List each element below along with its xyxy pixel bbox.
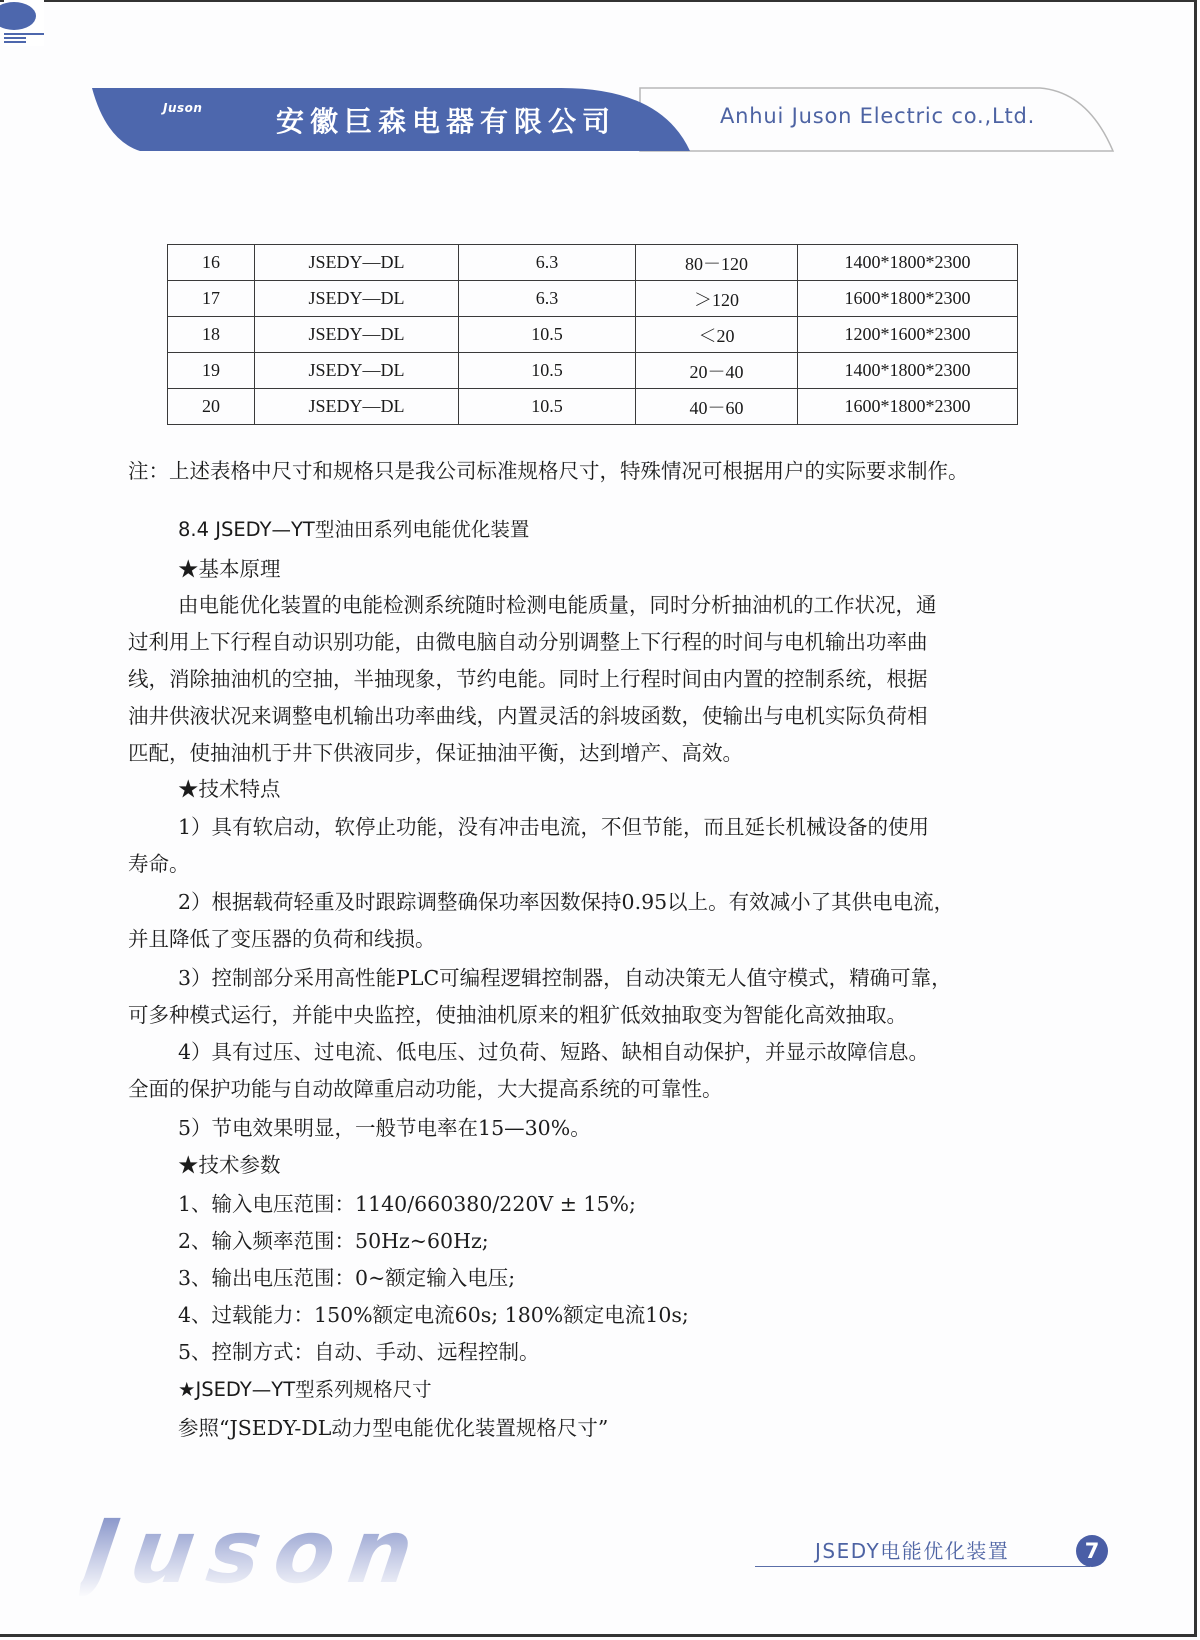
cell-voltage: 10.5	[459, 353, 636, 389]
cell-capacity: 20－40	[636, 353, 798, 389]
table-row: 16 JSEDY—DL 6.3 80－120 1400*1800*2300	[168, 245, 1018, 281]
feature-line: 4）具有过压、过电流、低电压、过负荷、短路、缺相自动保护，并显示故障信息。	[178, 1035, 929, 1065]
principle-line: 过利用上下行程自动识别功能，由微电脑自动分别调整上下行程的时间与电机输出功率曲	[128, 625, 928, 655]
cell-model: JSEDY—DL	[255, 353, 459, 389]
cell-dimensions: 1600*1800*2300	[798, 389, 1018, 425]
table-row: 17 JSEDY—DL 6.3 ＞120 1600*1800*2300	[168, 281, 1018, 317]
param-line: 5、控制方式：自动、手动、远程控制。	[178, 1335, 540, 1365]
feature-line: 3）控制部分采用高性能PLC可编程逻辑控制器，自动决策无人值守模式，精确可靠，	[178, 961, 952, 991]
page-number-badge: 7	[1076, 1535, 1108, 1567]
cell-voltage: 6.3	[459, 245, 636, 281]
company-name-cn: 安徽巨森电器有限公司	[276, 100, 616, 140]
feature-line: 2）根据载荷轻重及时跟踪调整确保功率因数保持0.95以上。有效减小了其供电电流，	[178, 885, 954, 915]
cell-index: 17	[168, 281, 255, 317]
feature-line: 寿命。	[128, 847, 190, 877]
logo-text: Juson	[163, 101, 202, 115]
cell-index: 16	[168, 245, 255, 281]
cell-voltage: 6.3	[459, 281, 636, 317]
cell-model: JSEDY—DL	[255, 281, 459, 317]
cell-capacity: 40－60	[636, 389, 798, 425]
feature-line: 1）具有软启动，软停止功能，没有冲击电流，不但节能，而且延长机械设备的使用	[178, 810, 929, 840]
cell-dimensions: 1600*1800*2300	[798, 281, 1018, 317]
cell-model: JSEDY—DL	[255, 317, 459, 353]
param-line: 1、输入电压范围：1140/660380/220V ± 15%;	[178, 1187, 636, 1217]
footer-divider	[755, 1566, 1090, 1567]
features-heading: ★技术特点	[178, 772, 281, 802]
company-name-en: Anhui Juson Electric co.,Ltd.	[720, 104, 1035, 128]
juson-watermark: Juson	[79, 1508, 432, 1596]
spec-table: 16 JSEDY—DL 6.3 80－120 1400*1800*2300 17…	[167, 244, 1018, 425]
table-row: 19 JSEDY—DL 10.5 20－40 1400*1800*2300	[168, 353, 1018, 389]
principle-heading: ★基本原理	[178, 552, 281, 582]
header-shape	[0, 0, 1200, 170]
size-reference: 参照“JSEDY-DL动力型电能优化装置规格尺寸”	[178, 1411, 608, 1441]
feature-line: 并且降低了变压器的负荷和线损。	[128, 922, 436, 952]
cell-model: JSEDY—DL	[255, 245, 459, 281]
principle-line: 匹配，使抽油机于井下供液同步，保证抽油平衡，达到增产、高效。	[128, 736, 743, 766]
feature-line: 5）节电效果明显，一般节电率在15—30%。	[178, 1111, 591, 1141]
param-line: 4、过载能力：150%额定电流60s; 180%额定电流10s;	[178, 1298, 689, 1328]
principle-line: 由电能优化装置的电能检测系统随时检测电能质量，同时分析抽油机的工作状况，通	[178, 588, 937, 618]
principle-line: 线，消除抽油机的空抽，半抽现象，节约电能。同时上行程时间由内置的控制系统，根据	[128, 662, 928, 692]
cell-index: 20	[168, 389, 255, 425]
cell-capacity: ＞120	[636, 281, 798, 317]
cell-index: 19	[168, 353, 255, 389]
table-row: 18 JSEDY—DL 10.5 ＜20 1200*1600*2300	[168, 317, 1018, 353]
section-title: 8.4 JSEDY—YT型油田系列电能优化装置	[178, 514, 529, 542]
cell-index: 18	[168, 317, 255, 353]
cell-voltage: 10.5	[459, 389, 636, 425]
footer-product-label: JSEDY电能优化装置	[815, 1535, 1009, 1564]
feature-line: 可多种模式运行，并能中央监控，使抽油机原来的粗犷低效抽取变为智能化高效抽取。	[128, 998, 907, 1028]
table-row: 20 JSEDY—DL 10.5 40－60 1600*1800*2300	[168, 389, 1018, 425]
cell-capacity: 80－120	[636, 245, 798, 281]
param-line: 2、输入频率范围：50Hz~60Hz;	[178, 1224, 489, 1254]
table-note: 注：上述表格中尺寸和规格只是我公司标准规格尺寸，特殊情况可根据用户的实际要求制作…	[128, 454, 969, 484]
cell-voltage: 10.5	[459, 317, 636, 353]
header-banner: Juson 安徽巨森电器有限公司 Anhui Juson Electric co…	[0, 0, 1200, 170]
params-heading: ★技术参数	[178, 1148, 281, 1178]
size-heading: ★JSEDY—YT型系列规格尺寸	[178, 1374, 432, 1402]
param-line: 3、输出电压范围：0~额定输入电压;	[178, 1261, 515, 1291]
cell-dimensions: 1200*1600*2300	[798, 317, 1018, 353]
cell-dimensions: 1400*1800*2300	[798, 245, 1018, 281]
juson-logo-icon	[0, 0, 46, 46]
feature-line: 全面的保护功能与自动故障重启动功能，大大提高系统的可靠性。	[128, 1072, 723, 1102]
cell-capacity: ＜20	[636, 317, 798, 353]
cell-dimensions: 1400*1800*2300	[798, 353, 1018, 389]
cell-model: JSEDY—DL	[255, 389, 459, 425]
principle-line: 油井供液状况来调整电机输出功率曲线，内置灵活的斜坡函数，使输出与电机实际负荷相	[128, 699, 928, 729]
